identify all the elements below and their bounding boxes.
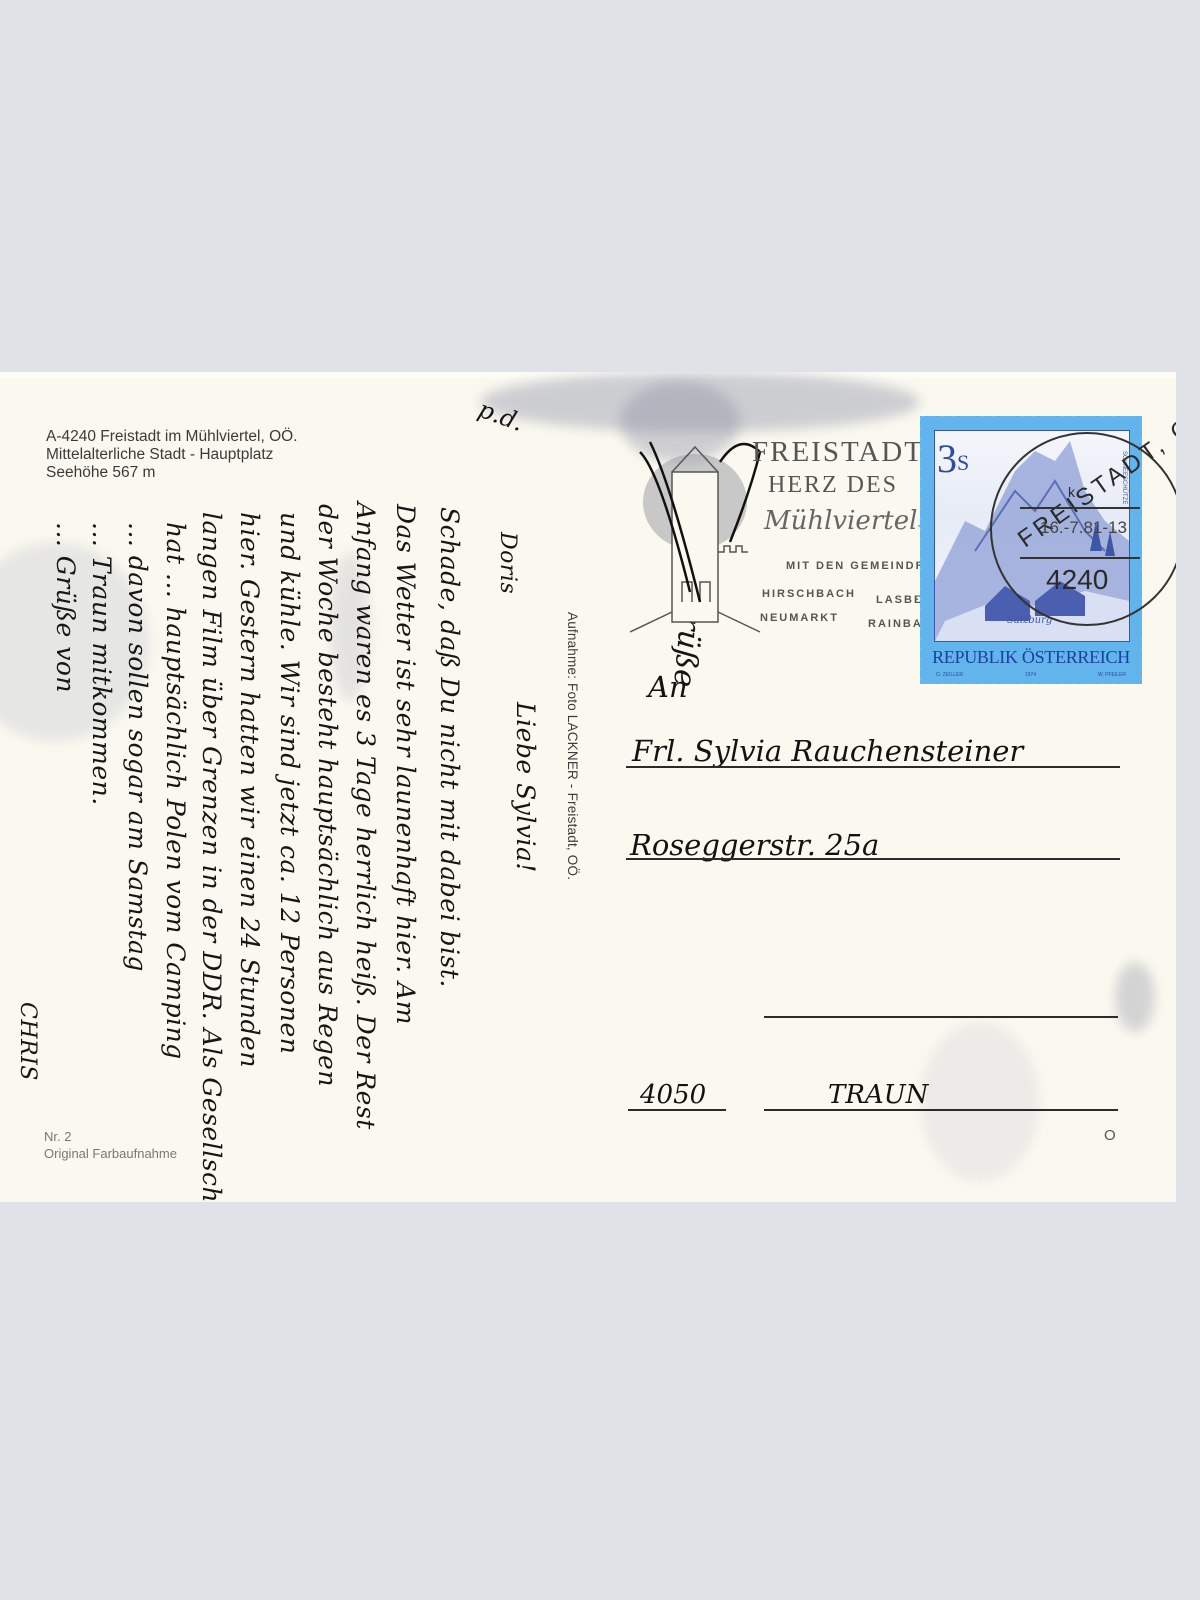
stamp-designers: O. ZEILLER 1974 W. PFEILER [936,672,1126,678]
cancel-mark: k [1068,484,1075,500]
postmark-slogan-3: Mühlviertels [764,506,931,536]
postmark-towns: MIT DEN GEMEINDEN: [786,560,941,572]
address-city: TRAUN [828,1080,928,1110]
printed-caption: A-4240 Freistadt im Mühlviertel, OÖ. Mit… [46,428,298,482]
message-line: ... Grüße von [51,522,80,693]
water-stain [920,1022,1040,1182]
address-line [764,1109,1118,1111]
postcard-back: A-4240 Freistadt im Mühlviertel, OÖ. Mit… [0,372,1176,1202]
message-line: ... davon sollen sogar am Samstag [123,522,152,972]
message-line: hat ... hauptsächlich Polen vom Camping [161,522,190,1060]
message-signature: CHRIS [15,1002,40,1081]
printed-footer: Nr. 2 Original Farbaufnahme [44,1128,177,1162]
message-line: ... Traun mitkommen. [87,522,116,806]
address-recipient: Frl. Sylvia Rauchensteiner [632,734,1023,768]
postmark-town: NEUMARKT [760,612,839,624]
message-greeting: Liebe Sylvia! [511,702,540,873]
water-stain [1115,962,1155,1032]
address-postcode: 4050 [640,1080,706,1110]
message-line: Schade, daß Du nicht mit dabei bist. [435,507,464,988]
subject-line: Mittelalterliche Stadt - Hauptplatz [46,446,298,464]
cancel-zip: 4240 [1046,564,1108,596]
message-line: hier. Gestern hatten wir einen 24 Stunde… [235,512,264,1068]
stamp-value: 3S [937,439,969,479]
postmark-town: HIRSCHBACH [762,588,856,600]
address-line [764,1016,1118,1018]
message-line: langen Film über Grenzen in der DDR. Als… [197,512,226,1202]
address-line [628,1109,726,1111]
address-prefix: An [648,670,688,704]
cancel-date: 16.-7.81-13 [1040,518,1127,538]
address-line [626,766,1120,768]
cancel-bar [1020,507,1140,509]
postmark-slogan-1: FREISTADT [752,436,924,469]
castle-heart-emblem [620,412,770,642]
message-line: der Woche besteht hauptsächlich aus Rege… [313,504,342,1087]
location-line: A-4240 Freistadt im Mühlviertel, OÖ. [46,428,298,446]
cancel-bar [1020,557,1140,559]
stamp-country: REPUBLIK ÖSTERREICH [920,647,1142,668]
card-number: Nr. 2 [44,1128,177,1145]
message-line: Das Wetter ist sehr launenhaft hier. Am [391,504,420,1025]
margin-note: Doris [495,532,520,594]
altitude-line: Seehöhe 567 m [46,464,298,482]
postmark-slogan-2: HERZ DES [768,472,898,499]
address-line [626,858,1120,860]
photo-credit: Aufnahme: Foto LACKNER - Freistadt, OÖ. [565,612,580,880]
address-street: Roseggerstr. 25a [630,828,879,862]
corner-mark: O [1104,1127,1116,1144]
photo-type: Original Farbaufnahme [44,1145,177,1162]
message-line: Anfang waren es 3 Tage herrlich heiß. De… [351,502,380,1130]
message-line: und kühle. Wir sind jetzt ca. 12 Persone… [275,512,304,1054]
